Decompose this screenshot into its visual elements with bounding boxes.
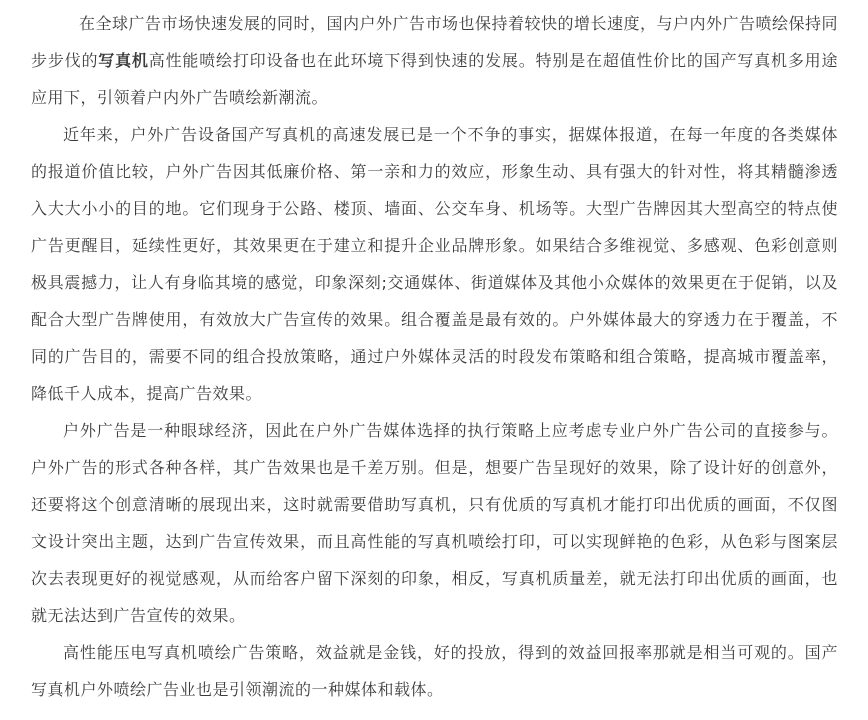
paragraph-4: 高性能压电写真机喷绘广告策略，效益就是金钱，好的投放，得到的效益回报率那就是相当… (31, 634, 838, 708)
text-run: 高性能压电写真机喷绘广告策略，效益就是金钱，好的投放，得到的效益回报率那就是相当… (31, 643, 838, 699)
text-run: 高性能喷绘打印设备也在此环境下得到快速的发展。特别是在超值性价比的国产写真机多用… (31, 51, 838, 107)
text-run: 户外广告是一种眼球经济，因此在户外广告媒体选择的执行策略上应考虑专业户外广告公司… (31, 421, 838, 625)
paragraph-2: 近年来，户外广告设备国产写真机的高速发展已是一个不争的事实，据媒体报道，在每一年… (31, 116, 838, 412)
text-run: 近年来，户外广告设备国产写真机的高速发展已是一个不争的事实，据媒体报道，在每一年… (31, 125, 838, 403)
document-page: { "page": { "background": "#ffffff", "te… (0, 0, 868, 720)
bold-text-run: 写真机 (98, 51, 148, 70)
article-body: 在全球广告市场快速发展的同时，国内户外广告市场也保持着较快的增长速度，与户内外广… (0, 0, 868, 720)
paragraph-3: 户外广告是一种眼球经济，因此在户外广告媒体选择的执行策略上应考虑专业户外广告公司… (31, 412, 838, 634)
paragraph-1: 在全球广告市场快速发展的同时，国内户外广告市场也保持着较快的增长速度，与户内外广… (31, 5, 838, 116)
